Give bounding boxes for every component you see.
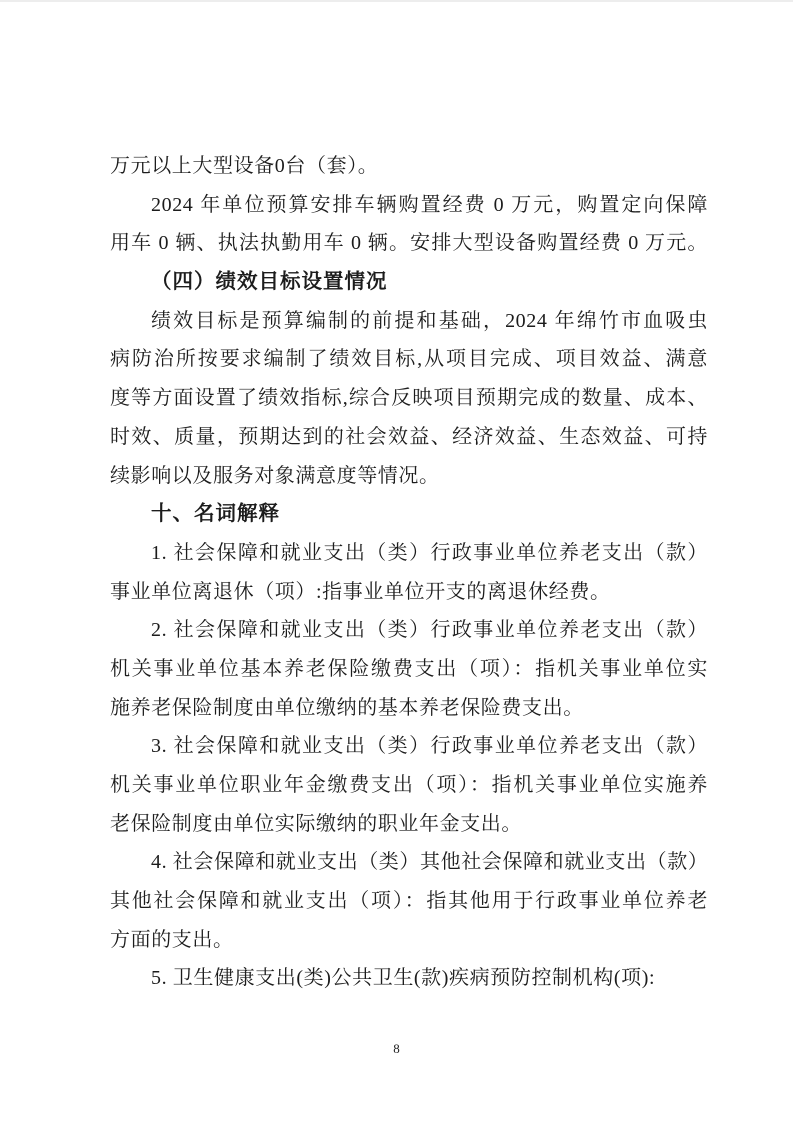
text-line: 3. 社会保障和就业支出（类）行政事业单位养老支出（款）: [110, 727, 708, 766]
text-line: 方面的支出。: [110, 921, 708, 960]
text-line: 时效、质量，预期达到的社会效益、经济效益、生态效益、可持: [110, 418, 708, 457]
text-line: 用车 0 辆、执法执勤用车 0 辆。安排大型设备购置经费 0 万元。: [110, 224, 708, 263]
page-footer: 8: [0, 1041, 793, 1057]
text-line: 事业单位离退休（项）:指事业单位开支的离退休经费。: [110, 573, 708, 612]
text-line: 绩效目标是预算编制的前提和基础，2024 年绵竹市血吸虫: [110, 302, 708, 341]
text-line: 万元以上大型设备0台（套）。: [110, 147, 708, 186]
text-line: 度等方面设置了绩效指标,综合反映项目预期完成的数量、成本、: [110, 379, 708, 418]
text-line: 病防治所按要求编制了绩效目标,从项目完成、项目效益、满意: [110, 340, 708, 379]
text-line: 续影响以及服务对象满意度等情况。: [110, 457, 708, 496]
text-line: 其他社会保障和就业支出（项）：指其他用于行政事业单位养老: [110, 882, 708, 921]
text-line: 2. 社会保障和就业支出（类）行政事业单位养老支出（款）: [110, 611, 708, 650]
document-body: 万元以上大型设备0台（套）。2024 年单位预算安排车辆购置经费 0 万元，购置…: [110, 147, 708, 998]
page-number: 8: [393, 1041, 400, 1056]
section-heading: （四）绩效目标设置情况: [110, 263, 708, 302]
document-page: 万元以上大型设备0台（套）。2024 年单位预算安排车辆购置经费 0 万元，购置…: [0, 0, 793, 1124]
text-line: 机关事业单位基本养老保险缴费支出（项）：指机关事业单位实: [110, 650, 708, 689]
text-line: 老保险制度由单位实际缴纳的职业年金支出。: [110, 805, 708, 844]
text-line: 1. 社会保障和就业支出（类）行政事业单位养老支出（款）: [110, 534, 708, 573]
section-heading: 十、名词解释: [110, 495, 708, 534]
text-line: 2024 年单位预算安排车辆购置经费 0 万元，购置定向保障: [110, 186, 708, 225]
text-line: 施养老保险制度由单位缴纳的基本养老保险费支出。: [110, 689, 708, 728]
text-line: 4. 社会保障和就业支出（类）其他社会保障和就业支出（款）: [110, 843, 708, 882]
text-line: 5. 卫生健康支出(类)公共卫生(款)疾病预防控制机构(项):: [110, 959, 708, 998]
text-line: 机关事业单位职业年金缴费支出（项）：指机关事业单位实施养: [110, 766, 708, 805]
